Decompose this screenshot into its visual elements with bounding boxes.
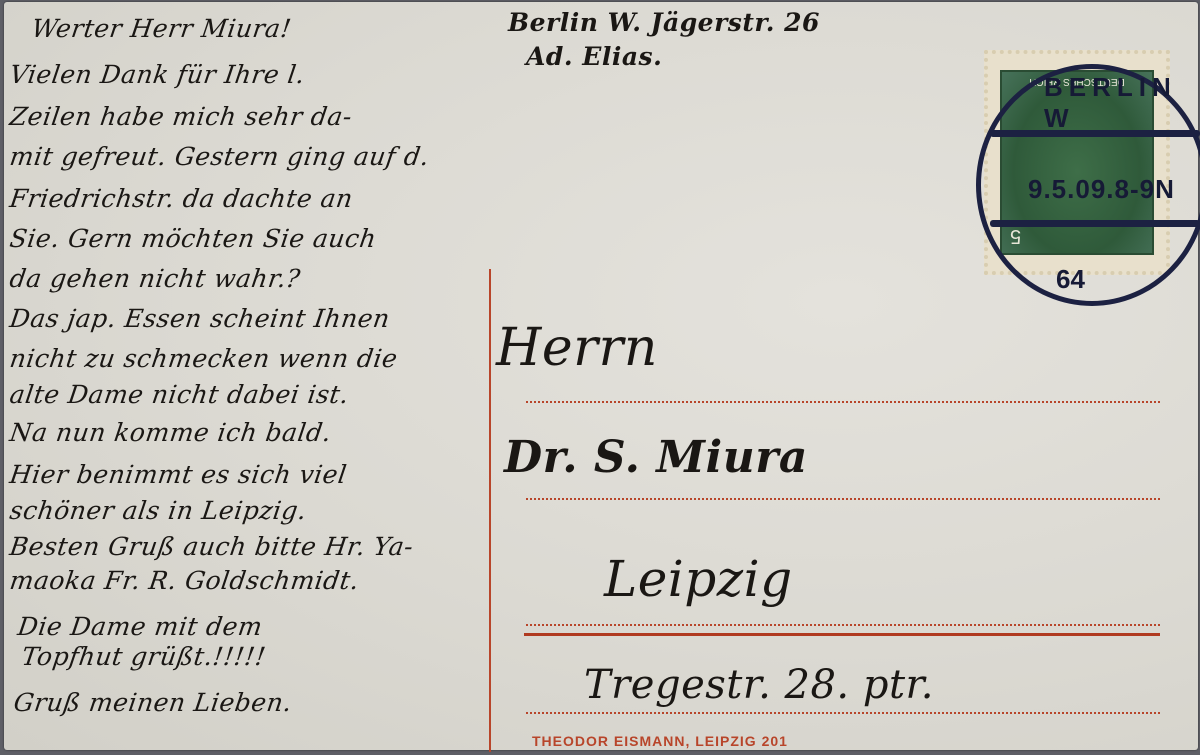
message-line: nicht zu schmecken wenn die <box>8 344 400 373</box>
recipient-salutation: Herrn <box>496 318 658 378</box>
city-underline <box>524 633 1160 636</box>
address-line <box>526 624 1160 626</box>
message-line: Hier benimmt es sich viel <box>8 460 349 489</box>
address-line <box>526 712 1160 714</box>
sender-line: Berlin W. Jägerstr. 26 <box>508 8 820 37</box>
address-line <box>526 498 1160 500</box>
recipient-street: Tregestr. 28. ptr. <box>584 662 934 708</box>
message-line: schöner als in Leipzig. <box>8 496 309 525</box>
message-line: Die Dame mit dem <box>16 612 264 641</box>
message-line: Topfhut grüßt.!!!!! <box>20 642 268 671</box>
message-line: Sie. Gern möchten Sie auch <box>8 224 378 253</box>
recipient-name: Dr. S. Miura <box>504 432 808 483</box>
postcard: Werter Herr Miura! Vielen Dank für Ihre … <box>4 2 1198 750</box>
postmark-bar <box>990 220 1200 227</box>
message-line: alte Dame nicht dabei ist. <box>8 380 351 409</box>
message-line: Vielen Dank für Ihre l. <box>8 60 307 89</box>
message-line: Friedrichstr. da dachte an <box>8 184 355 213</box>
postmark-date: 9.5.09.8-9N <box>1028 174 1175 205</box>
message-line: Gruß meinen Lieben. <box>12 688 294 717</box>
postmark-city: BERLIN W <box>1044 72 1198 134</box>
message-line: da gehen nicht wahr.? <box>8 264 302 293</box>
message-line: mit gefreut. Gestern ging auf d. <box>8 142 431 171</box>
message-line: Werter Herr Miura! <box>30 14 293 43</box>
message-line: maoka Fr. R. Goldschmidt. <box>8 566 361 595</box>
center-divider <box>489 269 491 752</box>
postmark-district: 64 <box>1056 264 1085 295</box>
message-line: Zeilen habe mich sehr da- <box>8 102 354 131</box>
recipient-city: Leipzig <box>604 550 793 608</box>
message-line: Besten Gruß auch bitte Hr. Ya- <box>8 532 415 561</box>
sender-line: Ad. Elias. <box>526 42 662 71</box>
message-line: Das jap. Essen scheint Ihnen <box>8 304 392 333</box>
printer-imprint: THEODOR EISMANN, LEIPZIG 201 <box>532 733 788 749</box>
message-line: Na nun komme ich bald. <box>8 418 333 447</box>
address-line <box>526 401 1160 403</box>
